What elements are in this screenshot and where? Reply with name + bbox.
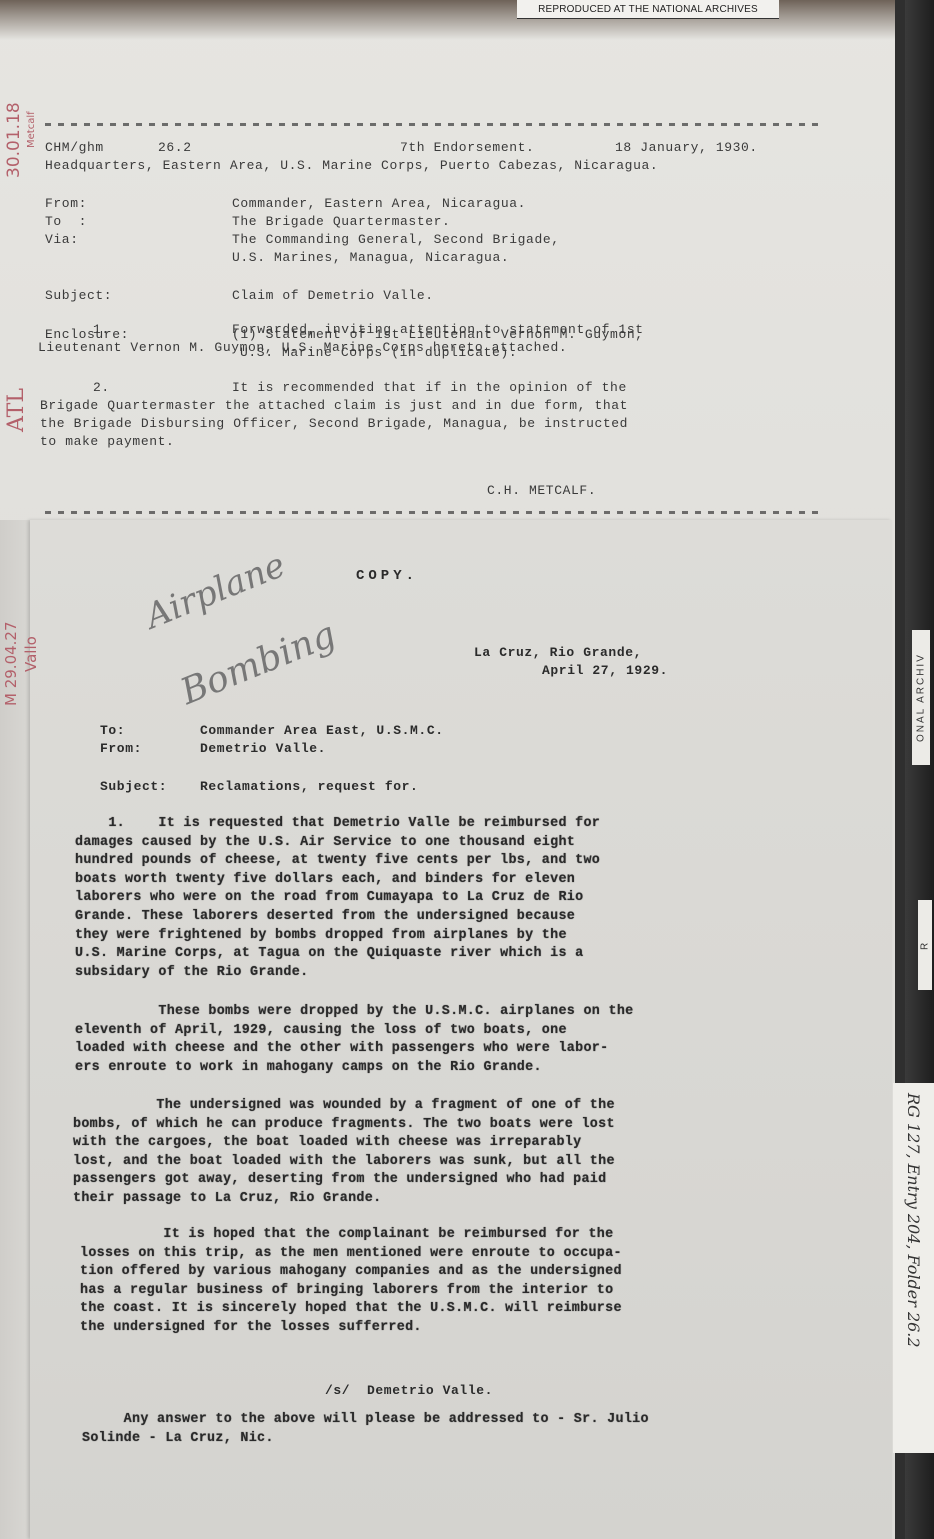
- archives-tab-label: ONAL ARCHIV: [912, 630, 930, 765]
- red-note-date-top: 30.01.18: [4, 102, 24, 178]
- text-line: tion offered by various mahogany compani…: [80, 1263, 840, 1282]
- para2-line1: It is recommended that if in the opinion…: [232, 380, 627, 395]
- text-line: 1. It is requested that Demetrio Valle b…: [75, 815, 835, 834]
- text-line: passengers got away, deserting from the …: [73, 1171, 833, 1190]
- text-line: Grande. These laborers deserted from the…: [75, 908, 835, 927]
- text-line: they were frightened by bombs dropped fr…: [75, 927, 835, 946]
- text-line: has a regular business of bringing labor…: [80, 1282, 840, 1301]
- letter-to-label: To:: [100, 723, 125, 738]
- text-line: It is hoped that the complainant be reim…: [80, 1226, 840, 1245]
- letter-subject-value: Reclamations, request for.: [200, 779, 418, 794]
- text-line: lost, and the boat loaded with the labor…: [73, 1153, 833, 1172]
- red-note-initials: ATL: [4, 388, 29, 432]
- endorsement-label: 7th Endorsement.: [400, 140, 534, 155]
- letter-place: La Cruz, Rio Grande,: [474, 645, 642, 660]
- text-line: loaded with cheese and the other with pa…: [75, 1040, 835, 1059]
- red-note-vallo: Vallo: [22, 636, 40, 672]
- red-note-date-lower: M 29.04.27: [2, 621, 20, 706]
- letter-paragraph-4: It is hoped that the complainant be reim…: [80, 1226, 840, 1338]
- text-line: eleventh of April, 1929, causing the los…: [75, 1022, 835, 1041]
- text-line: The undersigned was wounded by a fragmen…: [73, 1097, 833, 1116]
- para2-line3: the Brigade Disbursing Officer, Second B…: [40, 416, 628, 431]
- origin-line: Headquarters, Eastern Area, U.S. Marine …: [45, 158, 658, 173]
- letter-subject-label: Subject:: [100, 779, 167, 794]
- red-note-metcalf: Metcalf: [26, 111, 37, 148]
- subject-label: Subject:: [45, 288, 112, 303]
- via-value-1: The Commanding General, Second Brigade,: [232, 232, 560, 247]
- para1-number: 1.: [93, 322, 110, 337]
- subject-value: Claim of Demetrio Valle.: [232, 288, 434, 303]
- para2-line4: to make payment.: [40, 434, 174, 449]
- letter-date: April 27, 1929.: [542, 663, 668, 678]
- text-line: ers enroute to work in mahogany camps on…: [75, 1059, 835, 1078]
- file-number: 26.2: [158, 140, 192, 155]
- reference-code: CHM/ghm: [45, 140, 104, 155]
- text-line: bombs, of which he can produce fragments…: [73, 1116, 833, 1135]
- letter-from-label: From:: [100, 741, 142, 756]
- text-line: damages caused by the U.S. Air Service t…: [75, 834, 835, 853]
- letter-signature: /s/ Demetrio Valle.: [325, 1383, 493, 1398]
- text-line: the undersigned for the losses sufferred…: [80, 1319, 840, 1338]
- to-value: The Brigade Quartermaster.: [232, 214, 450, 229]
- from-label: From:: [45, 196, 87, 211]
- copy-heading: COPY.: [356, 568, 418, 584]
- national-archives-stamp: REPRODUCED AT THE NATIONAL ARCHIVES: [517, 0, 779, 19]
- dashed-separator-bottom: [45, 511, 825, 514]
- text-line: U.S. Marine Corps, at Tagua on the Quiqu…: [75, 945, 835, 964]
- endorsement-signature: C.H. METCALF.: [487, 483, 596, 498]
- letter-paragraph-2: These bombs were dropped by the U.S.M.C.…: [75, 1003, 835, 1077]
- para1-line1: Forwarded, inviting attention to stateme…: [232, 322, 644, 337]
- folder-reference-tag: RG 127, Entry 204, Folder 26.2: [893, 1083, 934, 1453]
- from-value: Commander, Eastern Area, Nicaragua.: [232, 196, 526, 211]
- text-line: laborers who were on the road from Cumay…: [75, 889, 835, 908]
- text-line: Any answer to the above will please be a…: [82, 1411, 842, 1430]
- text-line: hundred pounds of cheese, at twenty five…: [75, 852, 835, 871]
- letter-from-value: Demetrio Valle.: [200, 741, 326, 756]
- archives-tab-small: R: [918, 900, 932, 990]
- text-line: their passage to La Cruz, Rio Grande.: [73, 1190, 833, 1209]
- text-line: boats worth twenty five dollars each, an…: [75, 871, 835, 890]
- text-line: with the cargoes, the boat loaded with c…: [73, 1134, 833, 1153]
- via-label: Via:: [45, 232, 79, 247]
- para2-number: 2.: [93, 380, 110, 395]
- para2-line2: Brigade Quartermaster the attached claim…: [40, 398, 628, 413]
- dashed-separator-top: [45, 123, 825, 126]
- to-label: To :: [45, 214, 87, 229]
- text-line: subsidary of the Rio Grande.: [75, 964, 835, 983]
- letter-postscript: Any answer to the above will please be a…: [82, 1411, 842, 1448]
- text-line: the coast. It is sincerely hoped that th…: [80, 1300, 840, 1319]
- text-line: Solinde - La Cruz, Nic.: [82, 1430, 842, 1449]
- text-line: losses on this trip, as the men mentione…: [80, 1245, 840, 1264]
- letter-paragraph-1: 1. It is requested that Demetrio Valle b…: [75, 815, 835, 982]
- via-value-2: U.S. Marines, Managua, Nicaragua.: [232, 250, 509, 265]
- letter-paragraph-3: The undersigned was wounded by a fragmen…: [73, 1097, 833, 1209]
- letter-to-value: Commander Area East, U.S.M.C.: [200, 723, 444, 738]
- text-line: These bombs were dropped by the U.S.M.C.…: [75, 1003, 835, 1022]
- endorsement-date: 18 January, 1930.: [615, 140, 758, 155]
- para1-line2: Lieutenant Vernon M. Guymon, U.S. Marine…: [38, 340, 567, 355]
